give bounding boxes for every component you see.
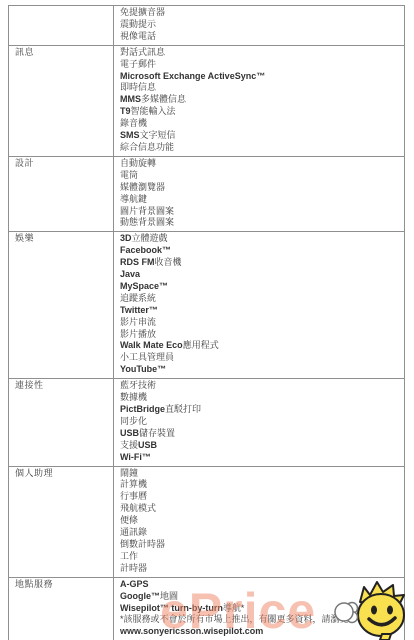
feature-item: 影片播放 bbox=[120, 329, 400, 341]
feature-item: 通訊錄 bbox=[120, 527, 400, 539]
feature-item: 綜合信息功能 bbox=[120, 142, 400, 154]
feature-item: USB儲存裝置 bbox=[120, 428, 400, 440]
table-row: 個人助理鬧鐘計算機行事曆飛航模式便條通訊錄倒數計時器工作計時器 bbox=[9, 466, 405, 577]
items-cell: 免提擴音器震動提示視像電話 bbox=[114, 6, 405, 46]
table-row: 訊息對話式訊息電子郵件Microsoft Exchange ActiveSync… bbox=[9, 45, 405, 156]
category-cell: 地點服務 bbox=[9, 577, 114, 640]
feature-item: 動態背景圖案 bbox=[120, 217, 400, 229]
feature-item: MySpace™ bbox=[120, 281, 400, 293]
feature-item: Walk Mate Eco應用程式 bbox=[120, 340, 400, 352]
feature-item: Wisepilot™ turn-by-turn導航* bbox=[120, 603, 400, 615]
feature-item: 計算機 bbox=[120, 479, 400, 491]
feature-item: 飛航模式 bbox=[120, 503, 400, 515]
feature-item: 計時器 bbox=[120, 563, 400, 575]
items-cell: 3D立體遊戲Facebook™RDS FM收音機JavaMySpace™追蹤系統… bbox=[114, 232, 405, 379]
feature-item: 工作 bbox=[120, 551, 400, 563]
feature-item: 視像電話 bbox=[120, 31, 400, 43]
feature-item: Google™地圖 bbox=[120, 591, 400, 603]
feature-item: 電子郵件 bbox=[120, 59, 400, 71]
feature-item: 震動提示 bbox=[120, 19, 400, 31]
feature-item: www.sonyericsson.wisepilot.com bbox=[120, 626, 400, 638]
feature-item: Wi-Fi™ bbox=[120, 452, 400, 464]
category-cell: 娛樂 bbox=[9, 232, 114, 379]
feature-item: 行事曆 bbox=[120, 491, 400, 503]
feature-item: 對話式訊息 bbox=[120, 47, 400, 59]
items-cell: 對話式訊息電子郵件Microsoft Exchange ActiveSync™即… bbox=[114, 45, 405, 156]
feature-item: 導航鍵 bbox=[120, 194, 400, 206]
feature-item: Java bbox=[120, 269, 400, 281]
spec-page: 免提擴音器震動提示視像電話訊息對話式訊息電子郵件Microsoft Exchan… bbox=[0, 0, 414, 640]
items-cell: 鬧鐘計算機行事曆飛航模式便條通訊錄倒數計時器工作計時器 bbox=[114, 466, 405, 577]
feature-item: 錄音機 bbox=[120, 118, 400, 130]
feature-item: 鬧鐘 bbox=[120, 468, 400, 480]
table-row: 地點服務A-GPSGoogle™地圖Wisepilot™ turn-by-tur… bbox=[9, 577, 405, 640]
feature-item: 便條 bbox=[120, 515, 400, 527]
feature-item: 數據機 bbox=[120, 392, 400, 404]
feature-item: T9智能輸入法 bbox=[120, 106, 400, 118]
feature-item: 同步化 bbox=[120, 416, 400, 428]
category-cell bbox=[9, 6, 114, 46]
spec-table-body: 免提擴音器震動提示視像電話訊息對話式訊息電子郵件Microsoft Exchan… bbox=[9, 6, 405, 640]
feature-item: 圖片背景圖案 bbox=[120, 206, 400, 218]
items-cell: 自動旋轉電筒媒體瀏覽器導航鍵圖片背景圖案動態背景圖案 bbox=[114, 156, 405, 231]
feature-item: RDS FM收音機 bbox=[120, 257, 400, 269]
category-cell: 連接性 bbox=[9, 379, 114, 466]
feature-item: MMS多媒體信息 bbox=[120, 94, 400, 106]
feature-item: PictBridge直駁打印 bbox=[120, 404, 400, 416]
items-cell: A-GPSGoogle™地圖Wisepilot™ turn-by-turn導航*… bbox=[114, 577, 405, 640]
table-row: 娛樂3D立體遊戲Facebook™RDS FM收音機JavaMySpace™追蹤… bbox=[9, 232, 405, 379]
feature-item: 倒數計時器 bbox=[120, 539, 400, 551]
feature-item: YouTube™ bbox=[120, 364, 400, 376]
feature-item: 電筒 bbox=[120, 170, 400, 182]
feature-item: Facebook™ bbox=[120, 245, 400, 257]
feature-item: 自動旋轉 bbox=[120, 158, 400, 170]
feature-item: *該服務或不會於所有市場上推出，有關更多資料，請瀏覽 bbox=[120, 614, 400, 626]
feature-item: 小工具管理員 bbox=[120, 352, 400, 364]
category-cell: 個人助理 bbox=[9, 466, 114, 577]
feature-item: 藍牙技術 bbox=[120, 380, 400, 392]
feature-item: A-GPS bbox=[120, 579, 400, 591]
table-row: 設計自動旋轉電筒媒體瀏覽器導航鍵圖片背景圖案動態背景圖案 bbox=[9, 156, 405, 231]
feature-item: Microsoft Exchange ActiveSync™ bbox=[120, 71, 400, 83]
feature-item: 免提擴音器 bbox=[120, 7, 400, 19]
feature-item: 即時信息 bbox=[120, 82, 400, 94]
feature-item: SMS文字短信 bbox=[120, 130, 400, 142]
category-cell: 訊息 bbox=[9, 45, 114, 156]
feature-item: 追蹤系統 bbox=[120, 293, 400, 305]
feature-item: Twitter™ bbox=[120, 305, 400, 317]
feature-item: 影片串流 bbox=[120, 317, 400, 329]
feature-item: 媒體瀏覽器 bbox=[120, 182, 400, 194]
feature-item: 3D立體遊戲 bbox=[120, 233, 400, 245]
table-row: 免提擴音器震動提示視像電話 bbox=[9, 6, 405, 46]
feature-item: 支援USB bbox=[120, 440, 400, 452]
spec-table: 免提擴音器震動提示視像電話訊息對話式訊息電子郵件Microsoft Exchan… bbox=[8, 5, 405, 640]
category-cell: 設計 bbox=[9, 156, 114, 231]
items-cell: 藍牙技術數據機PictBridge直駁打印同步化USB儲存裝置支援USBWi-F… bbox=[114, 379, 405, 466]
table-row: 連接性藍牙技術數據機PictBridge直駁打印同步化USB儲存裝置支援USBW… bbox=[9, 379, 405, 466]
